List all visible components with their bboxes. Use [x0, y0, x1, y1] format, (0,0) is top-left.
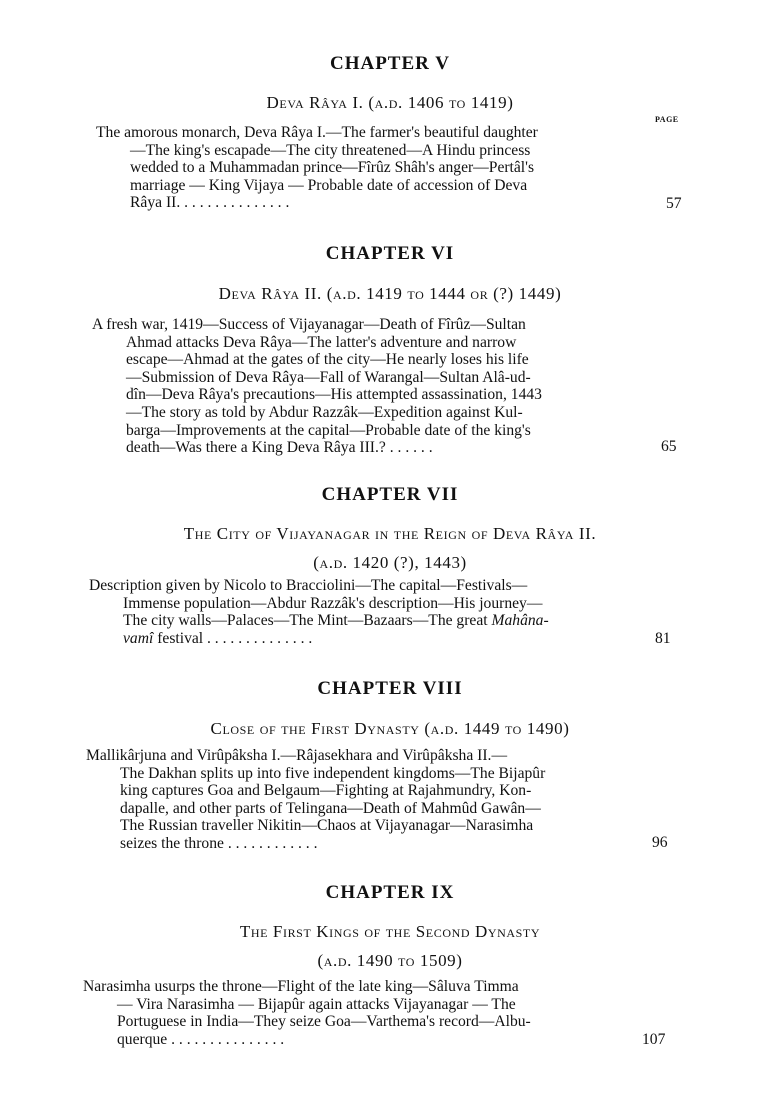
summary-text: festival . . . . . . . . . . . . . .: [157, 630, 312, 647]
chapter-8: CHAPTER VIII Close of the First Dynasty …: [0, 678, 780, 742]
summary-line: dapalle, and other parts of Telingana—De…: [86, 800, 646, 818]
summary-line: The amorous monarch, Deva Râya I.—The fa…: [96, 124, 656, 142]
chapter-title: CHAPTER VI: [0, 243, 780, 265]
chapter-subtitle: Deva Râya II. (a.d. 1419 to 1444 or (?) …: [0, 281, 780, 307]
chapter-6: CHAPTER VI Deva Râya II. (a.d. 1419 to 1…: [0, 243, 780, 307]
chapter-5-summary: The amorous monarch, Deva Râya I.—The fa…: [96, 124, 656, 212]
summary-line: —The story as told by Abdur Razzâk—Exped…: [92, 404, 652, 422]
summary-line: Portuguese in India—They seize Goa—Varth…: [83, 1013, 643, 1031]
summary-text: The city walls—Palaces—The Mint—Bazaars—…: [123, 612, 492, 629]
summary-line: Mallikârjuna and Virûpâksha I.—Râjasekha…: [86, 747, 646, 765]
summary-line: A fresh war, 1419—Success of Vijayanagar…: [92, 316, 652, 334]
page-number[interactable]: 81: [655, 630, 671, 648]
chapter-date-range: (a.d. 1490 to 1509): [0, 948, 780, 974]
page-number[interactable]: 96: [652, 834, 668, 852]
chapter-title: CHAPTER IX: [0, 882, 780, 904]
chapter-8-summary: Mallikârjuna and Virûpâksha I.—Râjasekha…: [86, 747, 646, 853]
summary-line: escape—Ahmad at the gates of the city—He…: [92, 351, 652, 369]
summary-line: wedded to a Muhammadan prince—Fîrûz Shâh…: [96, 159, 656, 177]
italic-term: Mahâna-: [492, 612, 549, 629]
summary-line: — Vira Narasimha — Bijapûr again attacks…: [83, 996, 643, 1014]
italic-term: vamî: [123, 630, 153, 647]
page-number[interactable]: 65: [661, 438, 677, 456]
chapter-subtitle: Deva Râya I. (a.d. 1406 to 1419): [0, 90, 780, 116]
page-number[interactable]: 107: [642, 1031, 665, 1049]
chapter-title: CHAPTER V: [0, 53, 780, 75]
summary-line: —Submission of Deva Râya—Fall of Waranga…: [92, 369, 652, 387]
summary-line: barga—Improvements at the capital—Probab…: [92, 422, 652, 440]
book-page: PAGE CHAPTER V Deva Râya I. (a.d. 1406 t…: [0, 0, 780, 1108]
chapter-6-summary: A fresh war, 1419—Success of Vijayanagar…: [92, 316, 652, 457]
chapter-7: CHAPTER VII The City of Vijayanagar in t…: [0, 484, 780, 576]
summary-line: Description given by Nicolo to Braccioli…: [89, 577, 649, 595]
summary-line: querque . . . . . . . . . . . . . . .: [83, 1031, 643, 1049]
page-column-label: PAGE: [655, 115, 679, 124]
summary-line: dîn—Deva Râya's precautions—His attempte…: [92, 386, 652, 404]
summary-line: Narasimha usurps the throne—Flight of th…: [83, 978, 643, 996]
page-number[interactable]: 57: [666, 195, 682, 213]
summary-line: The Russian traveller Nikitin—Chaos at V…: [86, 817, 646, 835]
chapter-subtitle: The City of Vijayanagar in the Reign of …: [0, 521, 780, 547]
summary-line: vamî festival . . . . . . . . . . . . . …: [89, 630, 649, 648]
chapter-7-summary: Description given by Nicolo to Braccioli…: [89, 577, 649, 647]
summary-line: Immense population—Abdur Razzâk's descri…: [89, 595, 649, 613]
chapter-title: CHAPTER VII: [0, 484, 780, 506]
chapter-title: CHAPTER VIII: [0, 678, 780, 700]
summary-line: marriage — King Vijaya — Probable date o…: [96, 177, 656, 195]
chapter-subtitle: The First Kings of the Second Dynasty: [0, 919, 780, 945]
chapter-9: CHAPTER IX The First Kings of the Second…: [0, 882, 780, 974]
chapter-9-summary: Narasimha usurps the throne—Flight of th…: [83, 978, 643, 1048]
summary-line: king captures Goa and Belgaum—Fighting a…: [86, 782, 646, 800]
summary-line: death—Was there a King Deva Râya III.? .…: [92, 439, 652, 457]
summary-line: Ahmad attacks Deva Râya—The latter's adv…: [92, 334, 652, 352]
summary-line: seizes the throne . . . . . . . . . . . …: [86, 835, 646, 853]
summary-line: The city walls—Palaces—The Mint—Bazaars—…: [89, 612, 649, 630]
chapter-5: CHAPTER V Deva Râya I. (a.d. 1406 to 141…: [0, 53, 780, 116]
summary-line: Râya II. . . . . . . . . . . . . . .: [96, 194, 656, 212]
summary-line: The Dakhan splits up into five independe…: [86, 765, 646, 783]
chapter-subtitle: Close of the First Dynasty (a.d. 1449 to…: [0, 716, 780, 742]
chapter-date-range: (a.d. 1420 (?), 1443): [0, 550, 780, 576]
summary-line: —The king's escapade—The city threatened…: [96, 142, 656, 160]
